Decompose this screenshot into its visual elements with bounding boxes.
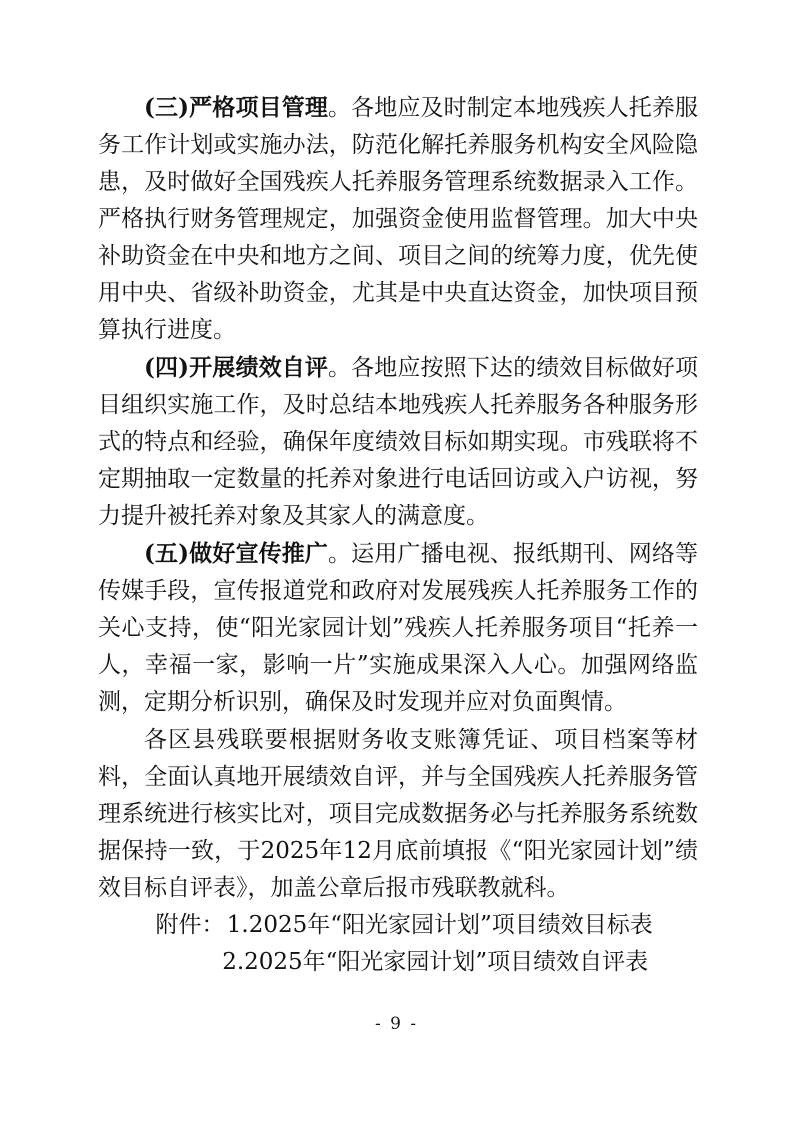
paragraph-performance-self-evaluation: (四)开展绩效自评。各地应按照下达的绩效目标做好项目组织实施工作，及时总结本地残… [98,349,698,535]
attachment-item: 2.2025年“阳光家园计划”项目绩效自评表 [222,949,648,975]
attachments-label: 附件： [156,912,227,938]
paragraph-heading: (四)开展绩效自评 [144,354,328,381]
page-number: - 9 - [0,1012,793,1036]
attachment-item: 1.2025年“阳光家园计划”项目绩效目标表 [227,912,653,938]
paragraph-heading: (五)做好宣传推广 [144,540,328,567]
paragraph-text: 各区县残联要根据财务收支账簿凭证、项目档案等材料，全面认真地开展绩效自评，并与全… [98,727,698,901]
paragraph-publicity-promotion: (五)做好宣传推广。运用广播电视、报纸期刊、网络等传媒手段，宣传报道党和政府对发… [98,535,698,721]
paragraph-heading: (三)严格项目管理 [144,94,328,121]
paragraph-strict-project-management: (三)严格项目管理。各地应及时制定本地残疾人托养服务工作计划或实施办法，防范化解… [98,89,698,349]
paragraph-text: 。运用广播电视、报纸期刊、网络等传媒手段，宣传报道党和政府对发展残疾人托养服务工… [98,541,698,715]
attachment-line-2: 2.2025年“阳光家园计划”项目绩效自评表 [98,944,698,981]
paragraph-text: 。各地应按照下达的绩效目标做好项目组织实施工作，及时总结本地残疾人托养服务各种服… [98,355,698,529]
paragraph-district-requirements: 各区县残联要根据财务收支账簿凭证、项目档案等材料，全面认真地开展绩效自评，并与全… [98,721,698,907]
attachments-block: 附件：1.2025年“阳光家园计划”项目绩效目标表 2.2025年“阳光家园计划… [98,907,698,981]
attachment-line-1: 附件：1.2025年“阳光家园计划”项目绩效目标表 [98,907,698,944]
paragraph-text: 。各地应及时制定本地残疾人托养服务工作计划或实施办法，防范化解托养服务机构安全风… [98,95,698,343]
document-body: (三)严格项目管理。各地应及时制定本地残疾人托养服务工作计划或实施办法，防范化解… [98,89,698,981]
document-page: (三)严格项目管理。各地应及时制定本地残疾人托养服务工作计划或实施办法，防范化解… [0,0,793,1122]
